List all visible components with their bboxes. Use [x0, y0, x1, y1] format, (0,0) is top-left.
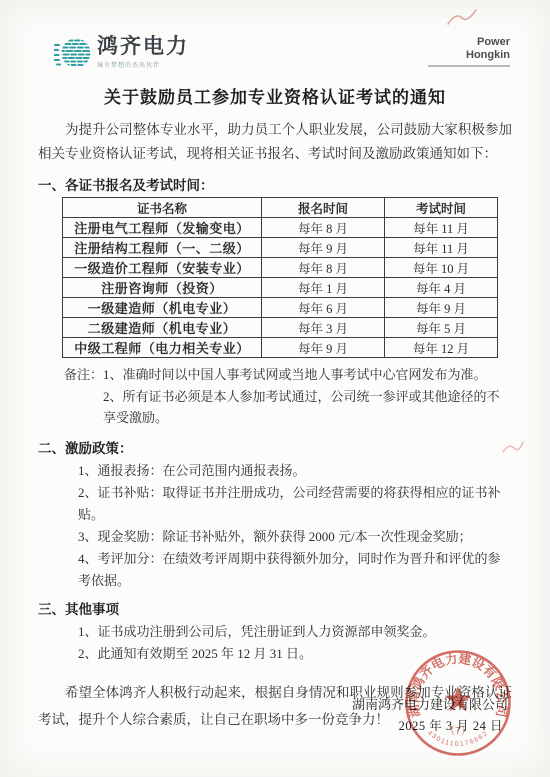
section3-heading: 三、其他事项: [38, 598, 512, 618]
exam-time-cell: 每年 12 月: [385, 338, 498, 358]
notice-title: 关于鼓励员工参加专业资格认证考试的通知: [0, 83, 550, 108]
incentive-item: 3、现金奖励：除证书补贴外，额外获得 2000 元/本一次性现金奖励；: [78, 526, 512, 548]
cert-name-cell: 一级建造师（机电专业）: [63, 298, 262, 318]
seal-center-label: （7）: [445, 725, 472, 737]
note-item: 1、准确时间以中国人事考试网或当地人事考试中心官网发布为准。: [103, 364, 512, 386]
other-matter-item: 1、证书成功注册到公司后，凭注册证到人力资源部申领奖金。: [78, 621, 512, 643]
red-pen-mark: [444, 6, 480, 32]
exam-time-cell: 每年 11 月: [385, 238, 498, 258]
table-notes: 备注： 1、准确时间以中国人事考试网或当地人事考试中心官网发布为准。2、所有证书…: [64, 364, 512, 429]
brand-line1: Power: [428, 36, 510, 49]
logo-company-name: 鸿齐电力: [97, 36, 189, 57]
col-header-cert-name: 证书名称: [63, 198, 262, 218]
signup-time-cell: 每年 8 月: [262, 218, 385, 238]
notes-list: 1、准确时间以中国人事考试网或当地人事考试中心官网发布为准。2、所有证书必须是本…: [103, 364, 512, 429]
exam-time-cell: 每年 4 月: [385, 278, 498, 298]
table-row: 注册电气工程师（发输变电） 每年 8 月 每年 11 月: [63, 218, 498, 238]
cert-name-cell: 注册咨询师（投资）: [63, 278, 262, 298]
incentive-item: 1、通报表扬：在公司范围内通报表扬。: [78, 460, 512, 482]
intro-paragraph: 为提升公司整体专业水平，助力员工个人职业发展，公司鼓励大家积极参加相关专业资格认…: [38, 118, 512, 166]
exam-time-cell: 每年 9 月: [385, 298, 498, 318]
section2-heading: 二、激励政策：: [38, 437, 512, 457]
table-row: 注册结构工程师（一、二级） 每年 9 月 每年 11 月: [63, 238, 498, 258]
note-item: 2、所有证书必须是本人参加考试通过，公司统一参评或其他途径的不享受激励。: [103, 386, 512, 429]
table-header-row: 证书名称 报名时间 考试时间: [63, 198, 498, 218]
exam-time-cell: 每年 5 月: [385, 318, 498, 338]
exam-schedule-table: 证书名称 报名时间 考试时间 注册电气工程师（发输变电） 每年 8 月 每年 1…: [62, 197, 498, 358]
incentive-item: 2、证书补贴：取得证书并注册成功，公司经营需要的将获得相应的证书补贴。: [78, 482, 512, 526]
table-row: 一级造价工程师（安装专业） 每年 8 月 每年 10 月: [63, 258, 498, 278]
signup-time-cell: 每年 1 月: [262, 278, 385, 298]
incentive-item: 4、考评加分：在绩效考评周期中获得额外加分，同时作为晋升和评优的参考依据。: [78, 548, 512, 592]
table-row: 二级建造师（机电专业） 每年 3 月 每年 5 月: [63, 318, 498, 338]
cert-name-cell: 一级造价工程师（安装专业）: [63, 258, 262, 278]
cert-name-cell: 注册结构工程师（一、二级）: [63, 238, 262, 258]
notes-label: 备注：: [64, 364, 103, 429]
cert-name-cell: 注册电气工程师（发输变电）: [63, 218, 262, 238]
seal-star-icon: [445, 686, 472, 711]
company-seal-stamp-icon: 湖南鸿齐电力建设有限公司 （7） 4301110176662: [398, 642, 518, 762]
signup-time-cell: 每年 9 月: [262, 338, 385, 358]
section1-heading: 一、各证书报名及考试时间：: [38, 174, 512, 194]
brand-line2: Hongkin: [428, 49, 510, 62]
table-row: 中级工程师（电力相关专业） 每年 9 月 每年 12 月: [63, 338, 498, 358]
signup-time-cell: 每年 9 月: [262, 238, 385, 258]
cert-name-cell: 中级工程师（电力相关专业）: [63, 338, 262, 358]
signup-time-cell: 每年 6 月: [262, 298, 385, 318]
incentive-list: 1、通报表扬：在公司范围内通报表扬。2、证书补贴：取得证书并注册成功，公司经营需…: [78, 460, 512, 592]
col-header-exam-time: 考试时间: [385, 198, 498, 218]
table-body: 注册电气工程师（发输变电） 每年 8 月 每年 11 月 注册结构工程师（一、二…: [63, 218, 498, 358]
col-header-signup-time: 报名时间: [262, 198, 385, 218]
exam-time-cell: 每年 11 月: [385, 218, 498, 238]
svg-text:湖南鸿齐电力建设有限公司: 湖南鸿齐电力建设有限公司: [406, 651, 510, 719]
exam-time-cell: 每年 10 月: [385, 258, 498, 278]
company-logo: 鸿齐电力 城市梦想的杰出伙伴: [54, 36, 189, 72]
table-row: 注册咨询师（投资） 每年 1 月 每年 4 月: [63, 278, 498, 298]
red-pen-mark-small: [500, 438, 526, 460]
brand-mark: Power Hongkin: [428, 36, 510, 67]
table-row: 一级建造师（机电专业） 每年 6 月 每年 9 月: [63, 298, 498, 318]
scanned-notice-document: 鸿齐电力 城市梦想的杰出伙伴 Power Hongkin 关于鼓励员工参加专业资…: [0, 0, 550, 777]
cert-name-cell: 二级建造师（机电专业）: [63, 318, 262, 338]
seal-arc-company-text: 湖南鸿齐电力建设有限公司: [406, 651, 510, 719]
signup-time-cell: 每年 3 月: [262, 318, 385, 338]
signup-time-cell: 每年 8 月: [262, 258, 385, 278]
globe-streaks-icon: [54, 36, 92, 72]
logo-tagline: 城市梦想的杰出伙伴: [97, 60, 189, 69]
